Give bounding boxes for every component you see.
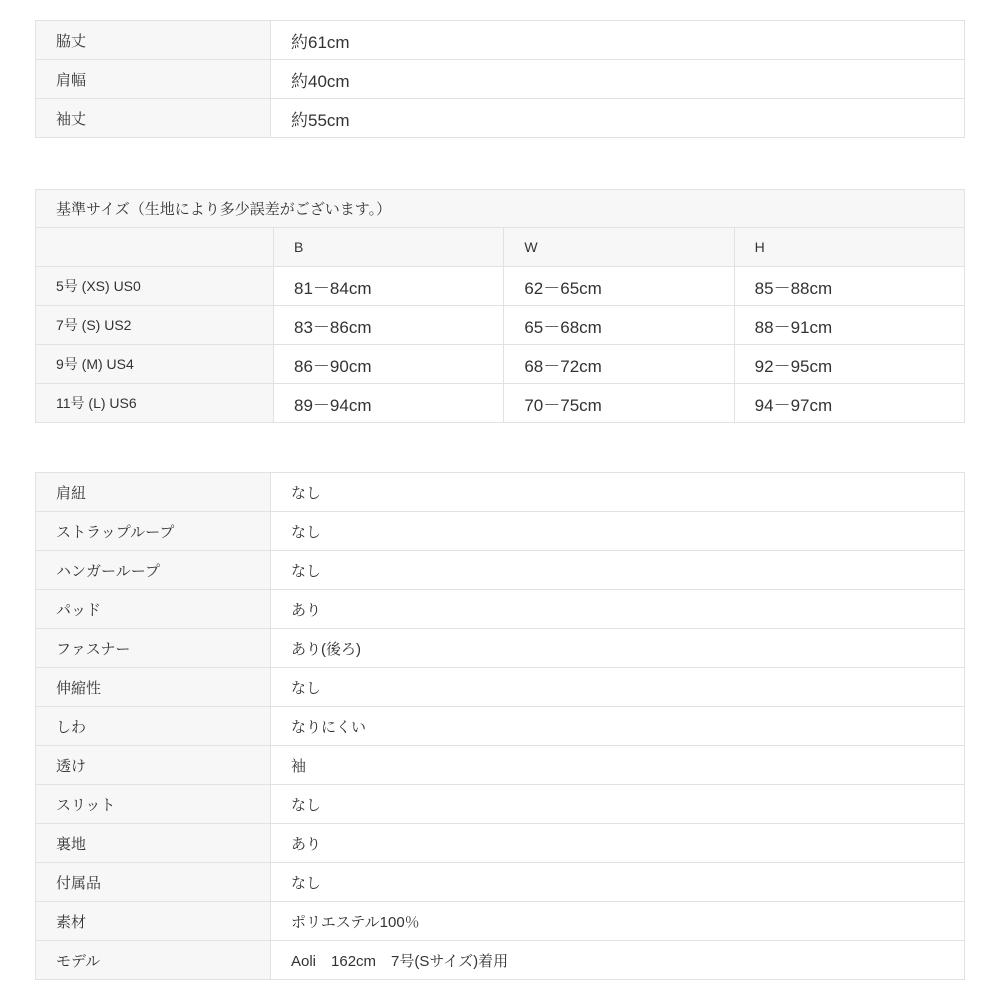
spec-value: なし: [271, 551, 965, 590]
spec-value: なし: [271, 785, 965, 824]
column-header-b: B: [274, 228, 504, 267]
table-row: 5号 (XS) US0 81－84cm 62－65cm 85－88cm: [36, 267, 965, 306]
column-header-empty: [36, 228, 274, 267]
measure-label: 袖丈: [36, 99, 271, 138]
size-value-w: 62－65cm: [504, 267, 734, 306]
size-value-w: 65－68cm: [504, 306, 734, 345]
table-row: 袖丈 約55cm: [36, 99, 965, 138]
measure-value: 約61cm: [271, 21, 965, 60]
measure-value: 約55cm: [271, 99, 965, 138]
spec-label: 付属品: [36, 863, 271, 902]
table-row: 11号 (L) US6 89－94cm 70－75cm 94－97cm: [36, 384, 965, 423]
size-label: 11号 (L) US6: [36, 384, 274, 423]
table-row: 9号 (M) US4 86－90cm 68－72cm 92－95cm: [36, 345, 965, 384]
table-row: 7号 (S) US2 83－86cm 65－68cm 88－91cm: [36, 306, 965, 345]
spec-table: 肩紐 なし ストラップループ なし ハンガーループ なし パッド あり ファスナ…: [35, 472, 965, 980]
spec-value: なし: [271, 668, 965, 707]
size-value-w: 68－72cm: [504, 345, 734, 384]
table-row: ハンガーループ なし: [36, 551, 965, 590]
table-row: スリット なし: [36, 785, 965, 824]
table-row: モデル Aoli 162cm 7号(Sサイズ)着用: [36, 941, 965, 980]
spec-label: 素材: [36, 902, 271, 941]
size-value-h: 88－91cm: [734, 306, 964, 345]
size-value-b: 89－94cm: [274, 384, 504, 423]
spec-value: ポリエステル100％: [271, 902, 965, 941]
spec-value: 袖: [271, 746, 965, 785]
spec-value: なし: [271, 863, 965, 902]
spec-label: しわ: [36, 707, 271, 746]
table-row: ストラップループ なし: [36, 512, 965, 551]
size-chart-table: 基準サイズ（生地により多少誤差がございます。） B W H 5号 (XS) US…: [35, 189, 965, 423]
spec-label: モデル: [36, 941, 271, 980]
size-label: 5号 (XS) US0: [36, 267, 274, 306]
column-header-w: W: [504, 228, 734, 267]
table-row: 素材 ポリエステル100％: [36, 902, 965, 941]
size-value-b: 86－90cm: [274, 345, 504, 384]
size-chart-header-row: B W H: [36, 228, 965, 267]
spec-value: なし: [271, 512, 965, 551]
table-row: 付属品 なし: [36, 863, 965, 902]
size-value-h: 92－95cm: [734, 345, 964, 384]
spec-label: 肩紐: [36, 473, 271, 512]
size-value-b: 81－84cm: [274, 267, 504, 306]
spec-value: あり: [271, 590, 965, 629]
table-row: パッド あり: [36, 590, 965, 629]
size-label: 7号 (S) US2: [36, 306, 274, 345]
column-header-h: H: [734, 228, 964, 267]
table-row: 裏地 あり: [36, 824, 965, 863]
table-row: 伸縮性 なし: [36, 668, 965, 707]
spec-label: ハンガーループ: [36, 551, 271, 590]
spec-label: パッド: [36, 590, 271, 629]
measure-value: 約40cm: [271, 60, 965, 99]
spec-value: なし: [271, 473, 965, 512]
spec-label: 伸縮性: [36, 668, 271, 707]
table-row: 脇丈 約61cm: [36, 21, 965, 60]
table-row: ファスナー あり(後ろ): [36, 629, 965, 668]
measure-label: 脇丈: [36, 21, 271, 60]
table-row: 肩幅 約40cm: [36, 60, 965, 99]
measurements-table: 脇丈 約61cm 肩幅 約40cm 袖丈 約55cm: [35, 20, 965, 138]
spec-label: ストラップループ: [36, 512, 271, 551]
table-row: 肩紐 なし: [36, 473, 965, 512]
measure-label: 肩幅: [36, 60, 271, 99]
size-chart-title: 基準サイズ（生地により多少誤差がございます。）: [36, 190, 965, 228]
table-row: 透け 袖: [36, 746, 965, 785]
spec-value: あり: [271, 824, 965, 863]
size-value-h: 94－97cm: [734, 384, 964, 423]
size-label: 9号 (M) US4: [36, 345, 274, 384]
spec-label: ファスナー: [36, 629, 271, 668]
spec-value: あり(後ろ): [271, 629, 965, 668]
spec-value: Aoli 162cm 7号(Sサイズ)着用: [271, 941, 965, 980]
spec-label: 透け: [36, 746, 271, 785]
size-value-w: 70－75cm: [504, 384, 734, 423]
spec-label: 裏地: [36, 824, 271, 863]
size-chart-title-row: 基準サイズ（生地により多少誤差がございます。）: [36, 190, 965, 228]
size-value-h: 85－88cm: [734, 267, 964, 306]
size-value-b: 83－86cm: [274, 306, 504, 345]
table-row: しわ なりにくい: [36, 707, 965, 746]
spec-value: なりにくい: [271, 707, 965, 746]
spec-label: スリット: [36, 785, 271, 824]
